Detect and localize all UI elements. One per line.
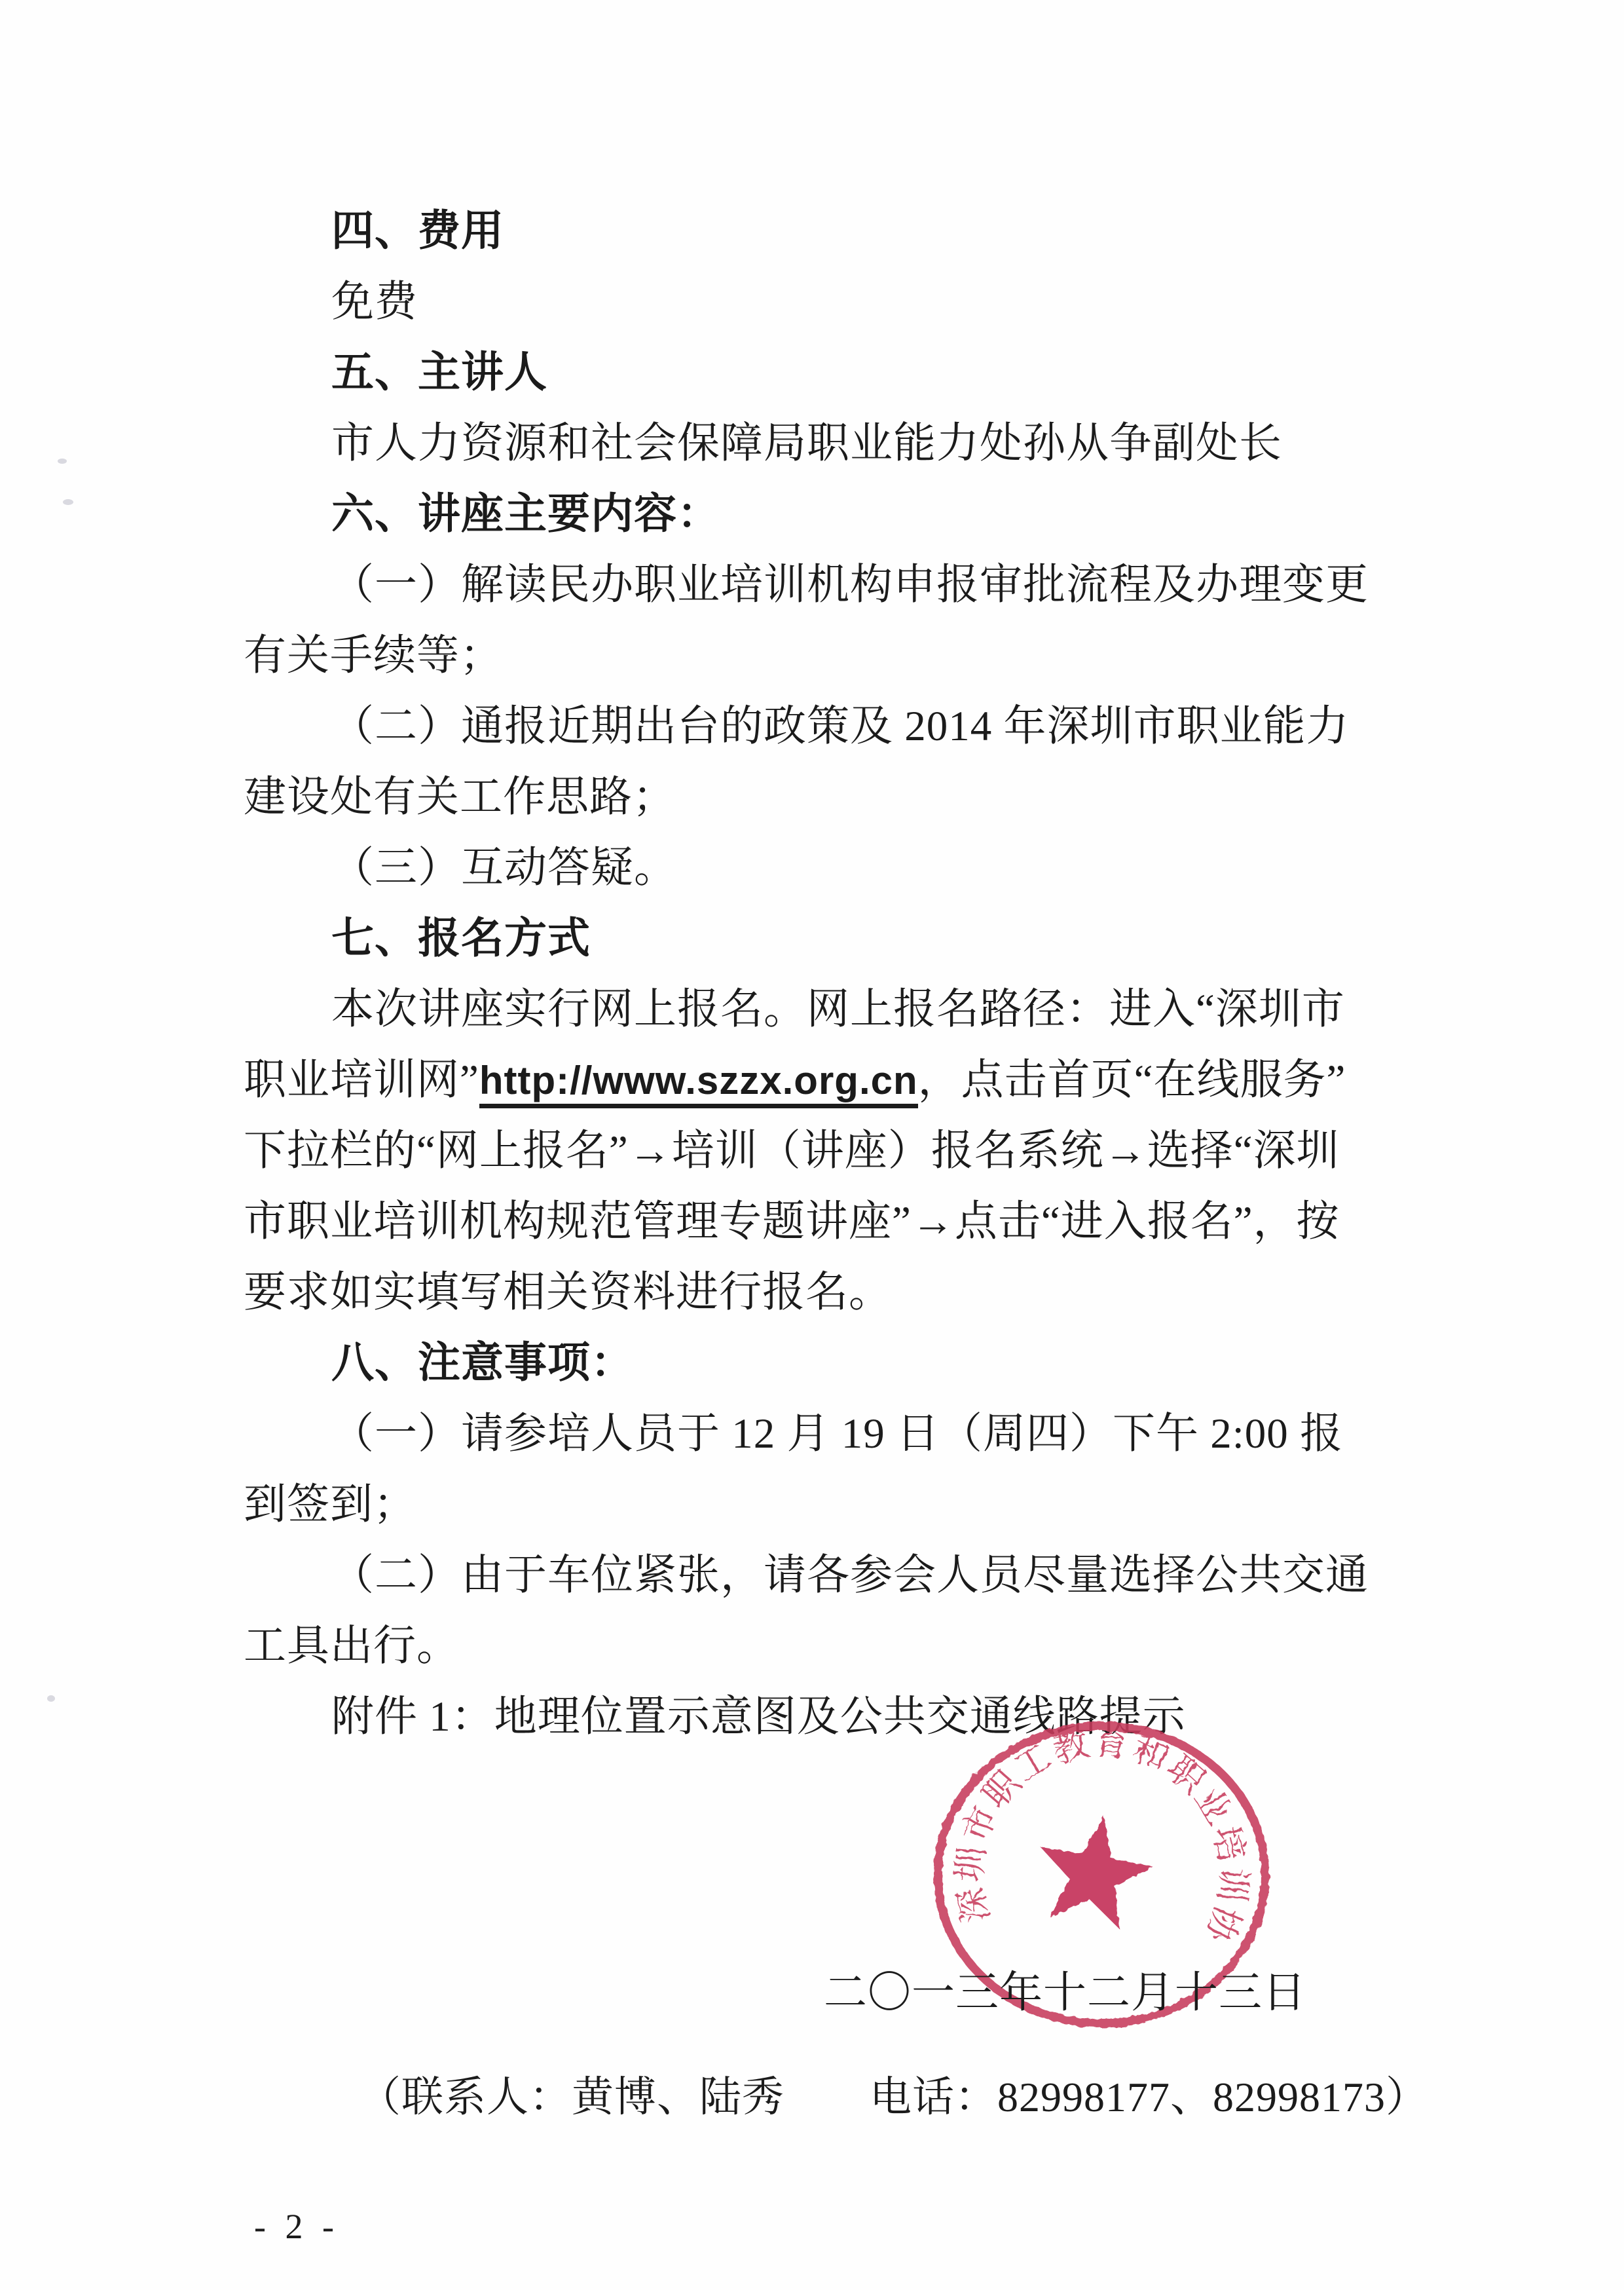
contact-info: （联系人：黄博、陆秀 电话：82998177、82998173） (359, 2063, 1428, 2124)
seal-arc-text: 深圳市职工教育和职业培训协会 (925, 1717, 1253, 1950)
doc-line: （一）解读民办职业培训机构申报审批流程及办理变更 (244, 550, 1409, 620)
url-line-prefix: 职业培训网” (244, 1057, 479, 1104)
section-heading: 七、报名方式 (244, 903, 1409, 974)
doc-line: （二）由于车位紧张，请各参会人员尽量选择公共交通 (244, 1540, 1409, 1611)
scanned-document-page: 四、费用 免费 五、主讲人 市人力资源和社会保障局职业能力处孙从争副处长 六、讲… (0, 0, 1624, 2290)
doc-line: （三）互动答疑。 (244, 833, 1409, 903)
doc-line: 到签到； (244, 1469, 1409, 1540)
doc-line: （二）通报近期出台的政策及 2014 年深圳市职业能力 (244, 691, 1409, 762)
doc-line: 建设处有关工作思路； (244, 762, 1409, 833)
doc-line: 免费 (244, 267, 1409, 337)
page-number: - 2 - (254, 2206, 339, 2247)
url-line-suffix: ，点击首页“在线服务” (918, 1057, 1346, 1104)
document-body: 四、费用 免费 五、主讲人 市人力资源和社会保障局职业能力处孙从争副处长 六、讲… (244, 196, 1409, 1752)
doc-line: 要求如实填写相关资料进行报名。 (244, 1257, 1409, 1328)
doc-line: 本次讲座实行网上报名。网上报名路径：进入“深圳市 (244, 974, 1409, 1045)
doc-line: 有关手续等； (244, 620, 1409, 691)
section-heading: 六、讲座主要内容： (244, 479, 1409, 550)
section-heading: 八、注意事项： (244, 1328, 1409, 1398)
doc-line-with-url: 职业培训网”http://www.szzx.org.cn，点击首页“在线服务” (244, 1045, 1409, 1116)
scan-speck (63, 499, 73, 505)
document-date: 二〇一三年十二月十三日 (824, 1957, 1306, 2019)
doc-line: 下拉栏的“网上报名”→培训（讲座）报名系统→选择“深圳 (244, 1116, 1409, 1186)
scan-speck (58, 459, 67, 464)
doc-line: 工具出行。 (244, 1611, 1409, 1681)
star-icon (1041, 1816, 1153, 1929)
website-url: http://www.szzx.org.cn (479, 1059, 918, 1108)
doc-line: 市人力资源和社会保障局职业能力处孙从争副处长 (244, 408, 1409, 479)
scan-speck (47, 1695, 55, 1702)
section-heading: 四、费用 (244, 196, 1409, 267)
doc-line: 市职业培训机构规范管理专题讲座”→点击“进入报名”，按 (244, 1186, 1409, 1257)
doc-line: （一）请参培人员于 12 月 19 日（周四）下午 2:00 报 (244, 1398, 1409, 1469)
section-heading: 五、主讲人 (244, 337, 1409, 408)
